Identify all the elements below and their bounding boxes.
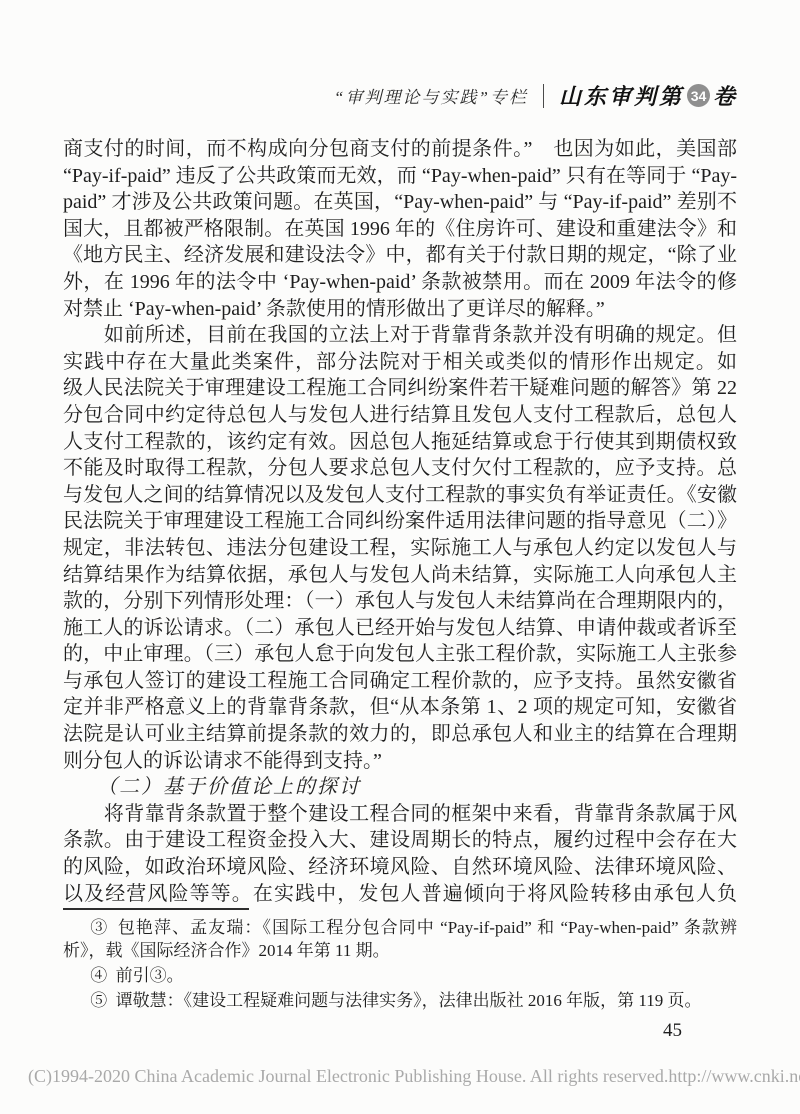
- text-line: 外，在 1996 年的法令中 ‘Pay-when-paid’ 条款被禁用。而在 …: [63, 269, 737, 296]
- text-line: 实践中存在大量此类案件，部分法院对于相关或类似的情形作出规定。如《北京市高: [63, 349, 737, 376]
- text-line: 条款。由于建设工程资金投入大、建设周期长的特点，履约过程中会存在大量不确定: [63, 827, 737, 854]
- column-label: “审判理论与实践”专栏: [334, 83, 528, 108]
- text-line: 如前所述，目前在我国的立法上对于背靠背条款并没有明确的规定。但鉴于司法: [63, 322, 737, 349]
- text-line: “Pay-if-paid” 违反了公共政策而无效，而 “Pay-when-pai…: [63, 163, 737, 190]
- text-line: 的，中止审理。（三）承包人怠于向发包人主张工程价款，实际施工人主张参照发包人: [63, 641, 737, 668]
- text-line: 结算结果作为结算依据，承包人与发包人尚未结算，实际施工人向承包人主张工程价: [63, 562, 737, 589]
- text-line: 不能及时取得工程款，分包人要求总包人支付欠付工程款的，应予支持。总包人对其: [63, 455, 737, 482]
- article-body: 商支付的时间，而不构成向分包商支付的前提条件。” 也因为如此，美国部分州认定“P…: [63, 136, 737, 907]
- journal-title-suffix: 卷: [713, 80, 738, 111]
- text-line: 的风险，如政治环境风险、经济环境风险、自然环境风险、法律环境风险、决策风险: [63, 854, 737, 881]
- header-divider: [543, 84, 544, 108]
- text-line: 民法院关于审理建设工程施工合同纠纷案件适用法律问题的指导意见（二）》第 11 条: [63, 508, 737, 535]
- text-line: 对禁止 ‘Pay-when-paid’ 条款使用的情形做出了更详尽的解释。”: [63, 296, 737, 323]
- text-line: 以及经营风险等等。在实践中，发包人普遍倾向于将风险转移由承包人负担，承包人: [63, 881, 737, 908]
- text-line: 与承包人签订的建设工程施工合同确定工程价款的，应予支持。虽然安徽省高院该规: [63, 668, 737, 695]
- text-line: 商支付的时间，而不构成向分包商支付的前提条件。” 也因为如此，美国部分州认定: [63, 136, 737, 163]
- text-line: 《地方民主、经济发展和建设法令》中，都有关于付款日期的规定，“除了业主破产之: [63, 242, 737, 269]
- text-line: 款的，分别下列情形处理：（一）承包人与发包人未结算尚在合理期限内的，驳回实际: [63, 588, 737, 615]
- text-line: 规定，非法转包、违法分包建设工程，实际施工人与承包人约定以发包人与承包人的: [63, 535, 737, 562]
- footnote-separator: [63, 908, 249, 910]
- publisher-url: http://www.cnki.net: [668, 1066, 800, 1087]
- text-line: 分包合同中约定待总包人与发包人进行结算且发包人支付工程款后，总包人再向分包: [63, 402, 737, 429]
- text-line: 级人民法院关于审理建设工程施工合同纠纷案件若干疑难问题的解答》第 22 条规定，: [63, 375, 737, 402]
- text-line: 与发包人之间的结算情况以及发包人支付工程款的事实负有举证责任。《安徽省高级人: [63, 482, 737, 509]
- journal-title-prefix: 山东审判第: [559, 80, 684, 111]
- text-line: 人支付工程款的，该约定有效。因总包人拖延结算或怠于行使其到期债权致使分包人: [63, 429, 737, 456]
- text-line: 国大，且都被严格限制。在英国 1996 年的《住房许可、建设和重建法令》和 20…: [63, 216, 737, 243]
- text-line: paid” 才涉及公共政策问题。在英国，“Pay-when-paid” 与 “P…: [63, 189, 737, 216]
- footnote-list: ③ 包艳萍、孟友瑞：《国际工程分包合同中 “Pay-if-paid” 和 “Pa…: [63, 916, 737, 1012]
- page-number: 45: [663, 1020, 682, 1042]
- text-line: 则分包人的诉讼请求不能得到支持。”: [63, 748, 737, 775]
- text-line: 定并非严格意义上的背靠背条款，但“从本条第 1、2 项的规定可知，安徽省高级人民: [63, 694, 737, 721]
- footnotes-section: ③ 包艳萍、孟友瑞：《国际工程分包合同中 “Pay-if-paid” 和 “Pa…: [63, 908, 737, 1014]
- volume-badge: 34: [687, 84, 710, 107]
- section-heading: （二）基于价值论上的探讨: [63, 774, 737, 801]
- text-line: 施工人的诉讼请求。（二）承包人已经开始与发包人结算、申请仲裁或者诉至人民法院: [63, 615, 737, 642]
- copyright-footer: (C)1994-2020 China Academic Journal Elec…: [28, 1066, 730, 1087]
- copyright-text: (C)1994-2020 China Academic Journal Elec…: [28, 1066, 668, 1087]
- journal-title: 山东审判第 34 卷: [559, 80, 738, 111]
- footnote-item: ⑤ 谭敬慧：《建设工程疑难问题与法律实务》，法律出版社 2016 年版，第 11…: [63, 989, 737, 1012]
- text-line: 将背靠背条款置于整个建设工程合同的框架中来看，背靠背条款属于风险负担的: [63, 801, 737, 828]
- footnote-item: ③ 包艳萍、孟友瑞：《国际工程分包合同中 “Pay-if-paid” 和 “Pa…: [63, 916, 737, 962]
- page-header: “审判理论与实践”专栏 山东审判第 34 卷: [334, 80, 738, 111]
- document-page: “审判理论与实践”专栏 山东审判第 34 卷 商支付的时间，而不构成向分包商支付…: [0, 0, 800, 1114]
- footnote-item: ④ 前引③。: [63, 964, 737, 987]
- text-line: 法院是认可业主结算前提条款的效力的，即总承包人和业主的结算在合理期限内完成，: [63, 721, 737, 748]
